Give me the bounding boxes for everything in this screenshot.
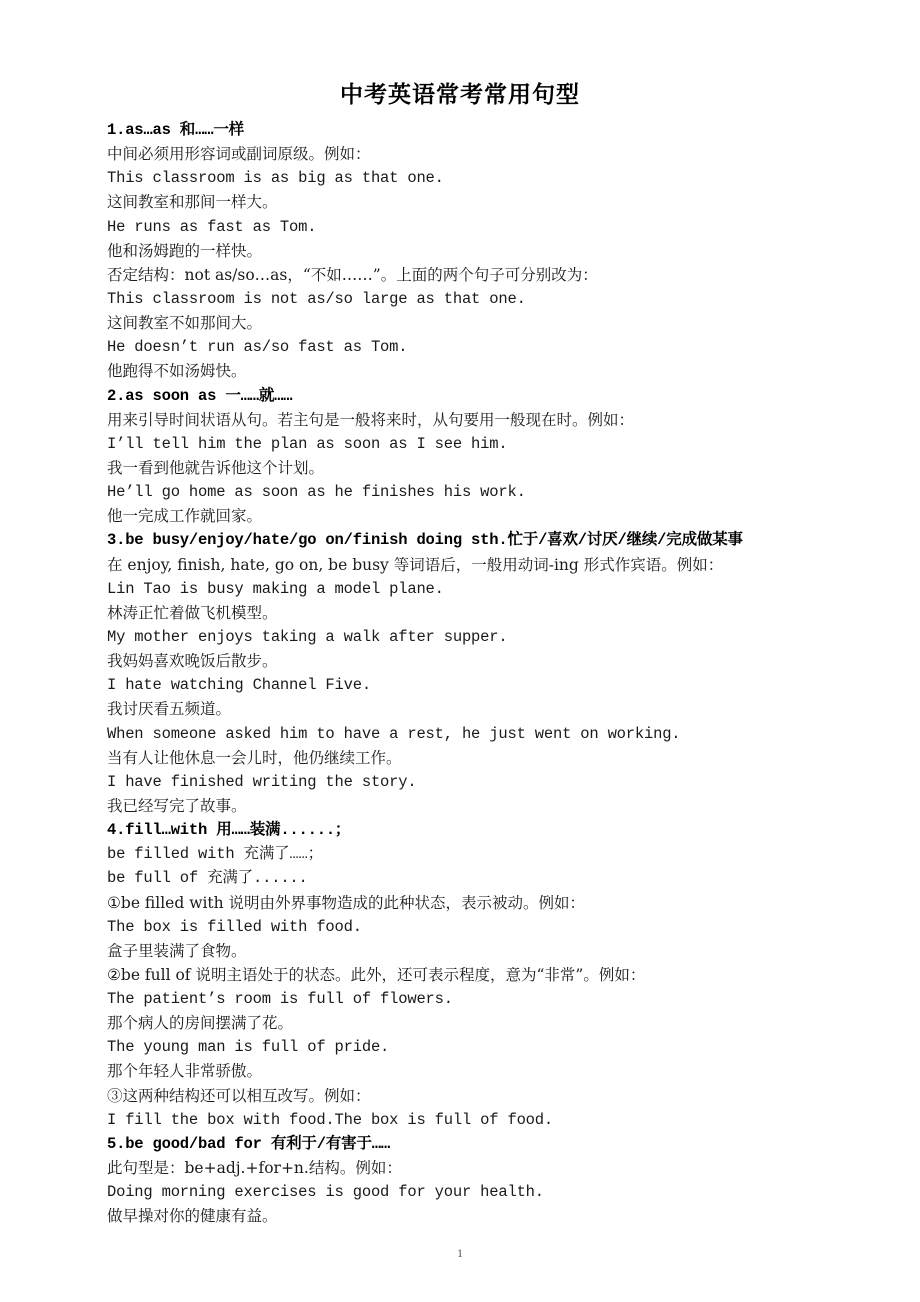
usage-line: be full of 充满了...... <box>107 866 867 890</box>
example-sentence-en: This classroom is not as/so large as tha… <box>107 287 867 311</box>
explanation-line: 在 enjoy, finish, hate, go on, be busy 等词… <box>107 553 867 577</box>
explanation-line: ①be filled with 说明由外界事物造成的此种状态，表示被动。例如： <box>107 891 867 915</box>
example-sentence-en: The young man is full of pride. <box>107 1035 867 1059</box>
section-heading-2: 2.as soon as 一……就…… <box>107 384 867 408</box>
example-translation-zh: 我一看到他就告诉他这个计划。 <box>107 456 867 480</box>
explanation-line: 否定结构：not as/so…as，“不如……”。上面的两个句子可分别改为： <box>107 263 867 287</box>
example-sentence-en: When someone asked him to have a rest, h… <box>107 722 867 746</box>
section-heading-4: 4.fill…with 用……装满......； <box>107 818 867 842</box>
explanation-line: ②be full of 说明主语处于的状态。此外，还可表示程度，意为“非常”。例… <box>107 963 867 987</box>
example-sentence-en: He doesn’t run as/so fast as Tom. <box>107 335 867 359</box>
example-translation-zh: 这间教室和那间一样大。 <box>107 190 867 214</box>
example-sentence-en: This classroom is as big as that one. <box>107 166 867 190</box>
example-sentence-en: He runs as fast as Tom. <box>107 215 867 239</box>
example-translation-zh: 他跑得不如汤姆快。 <box>107 359 867 383</box>
example-translation-zh: 那个年轻人非常骄傲。 <box>107 1059 867 1083</box>
document-body: 1.as…as 和……一样 中间必须用形容词或副词原级。例如： This cla… <box>107 118 867 1228</box>
explanation-line: 此句型是：be+adj.+for+n.结构。例如： <box>107 1156 867 1180</box>
example-translation-zh: 我妈妈喜欢晚饭后散步。 <box>107 649 867 673</box>
document-page: 中考英语常考常用句型 1.as…as 和……一样 中间必须用形容词或副词原级。例… <box>0 0 920 1302</box>
example-translation-zh: 他一完成工作就回家。 <box>107 504 867 528</box>
example-translation-zh: 他和汤姆跑的一样快。 <box>107 239 867 263</box>
example-sentence-en: The patient’s room is full of flowers. <box>107 987 867 1011</box>
section-heading-3: 3.be busy/enjoy/hate/go on/finish doing … <box>107 528 867 552</box>
example-sentence-en: Lin Tao is busy making a model plane. <box>107 577 867 601</box>
example-translation-zh: 我已经写完了故事。 <box>107 794 867 818</box>
example-sentence-en: Doing morning exercises is good for your… <box>107 1180 867 1204</box>
example-translation-zh: 盒子里装满了食物。 <box>107 939 867 963</box>
page-number: 1 <box>0 1246 920 1261</box>
example-translation-zh: 我讨厌看五频道。 <box>107 697 867 721</box>
example-sentence-en: I fill the box with food.The box is full… <box>107 1108 867 1132</box>
example-translation-zh: 做早操对你的健康有益。 <box>107 1204 867 1228</box>
example-translation-zh: 林涛正忙着做飞机模型。 <box>107 601 867 625</box>
section-heading-5: 5.be good/bad for 有利于/有害于…… <box>107 1132 867 1156</box>
example-translation-zh: 这间教室不如那间大。 <box>107 311 867 335</box>
section-heading-1: 1.as…as 和……一样 <box>107 118 867 142</box>
example-sentence-en: I have finished writing the story. <box>107 770 867 794</box>
explanation-line: ③这两种结构还可以相互改写。例如： <box>107 1084 867 1108</box>
page-title: 中考英语常考常用句型 <box>0 78 920 112</box>
example-sentence-en: I hate watching Channel Five. <box>107 673 867 697</box>
example-sentence-en: He’ll go home as soon as he finishes his… <box>107 480 867 504</box>
explanation-line: 中间必须用形容词或副词原级。例如： <box>107 142 867 166</box>
example-translation-zh: 当有人让他休息一会儿时，他仍继续工作。 <box>107 746 867 770</box>
example-sentence-en: My mother enjoys taking a walk after sup… <box>107 625 867 649</box>
explanation-line: 用来引导时间状语从句。若主句是一般将来时，从句要用一般现在时。例如： <box>107 408 867 432</box>
example-sentence-en: The box is filled with food. <box>107 915 867 939</box>
example-sentence-en: I’ll tell him the plan as soon as I see … <box>107 432 867 456</box>
usage-line: be filled with 充满了……； <box>107 842 867 866</box>
example-translation-zh: 那个病人的房间摆满了花。 <box>107 1011 867 1035</box>
